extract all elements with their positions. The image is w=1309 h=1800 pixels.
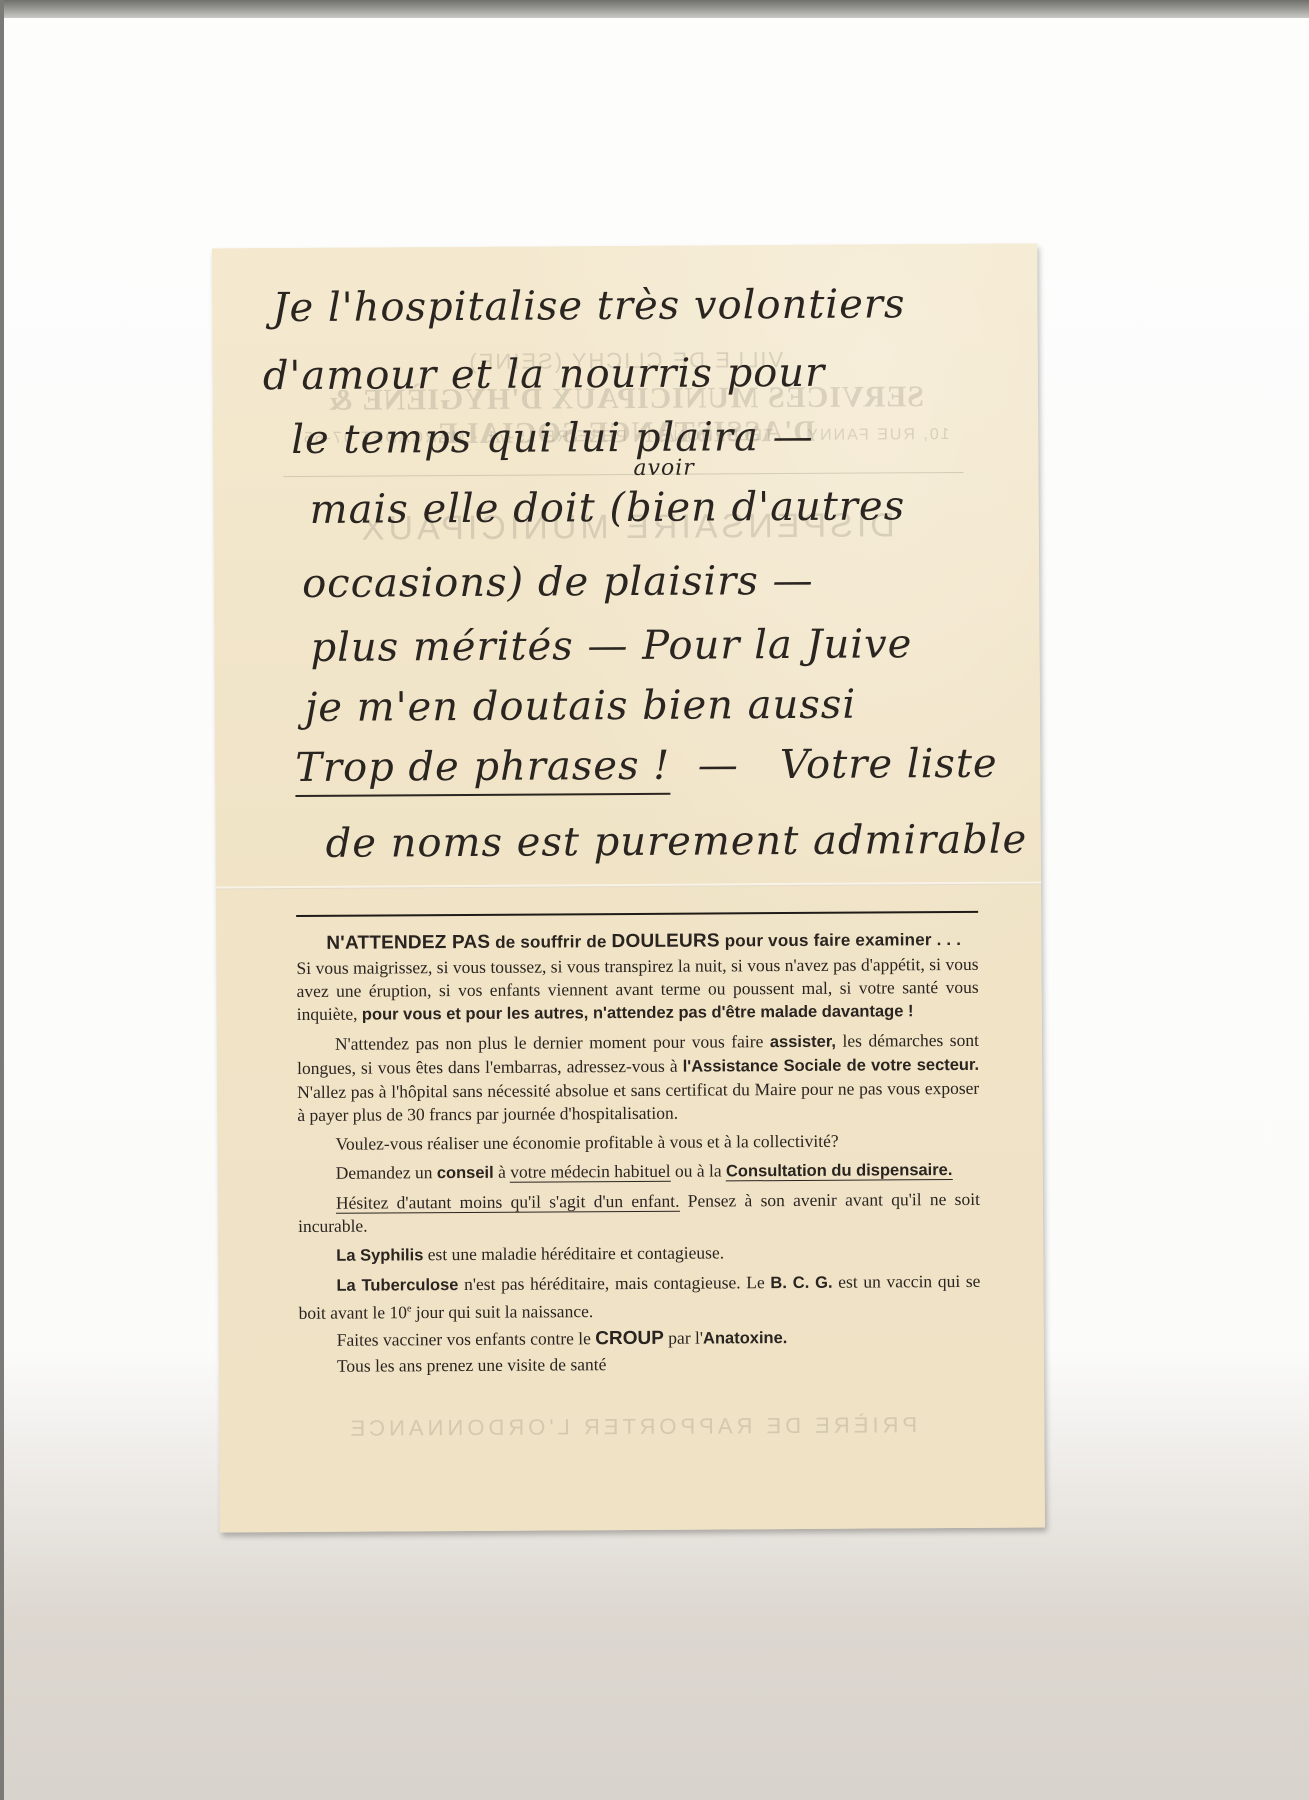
para-conseil-underlined: votre médecin habituel (510, 1161, 670, 1183)
notice-para-assistance: N'attendez pas non plus le dernier momen… (297, 1029, 980, 1127)
para-conseil-t1: Demandez un (336, 1162, 437, 1183)
handwriting-line-8-rest: — Votre liste (684, 741, 998, 789)
handwriting-line-6: plus mérités — Pour la Juive (310, 624, 912, 668)
para-syphilis-t1: est une maladie héréditaire et contagieu… (423, 1242, 724, 1264)
scanner-edge-top (0, 0, 1309, 18)
para-croup-b2: Anatoxine. (703, 1329, 787, 1348)
para-assist-b2: l'Assistance Sociale de votre secteur. (683, 1056, 980, 1076)
handwriting-underlined-phrase: Trop de phrases ! (295, 743, 670, 797)
handwriting-line-3: le temps qui lui plaira — (291, 417, 814, 460)
para-tb-bcg: B. C. G. (770, 1274, 832, 1292)
letterhead-rule (283, 472, 963, 477)
para-conseil-t2: à (494, 1162, 511, 1182)
notice-heading: N'ATTENDEZ PAS de souffrir de DOULEURS p… (296, 928, 978, 955)
heading-nattendez: N'ATTENDEZ PAS (326, 932, 490, 954)
para-tb-b1: La Tuberculose (336, 1276, 458, 1295)
para-conseil-b2: Consultation du dispensaire. (726, 1161, 953, 1181)
para-symptoms-bold: pour vous et pour les autres, n'attendez… (362, 1002, 914, 1023)
handwriting-line-8: Trop de phrases ! — Votre liste (295, 744, 998, 788)
para-croup-b1: CROUP (595, 1328, 664, 1349)
notice-para-tuberculose: La Tuberculose n'est pas héréditaire, ma… (298, 1270, 980, 1325)
notice-para-symptoms: Si vous maigrissez, si vous toussez, si … (296, 953, 978, 1027)
heading-douleurs: DOULEURS (611, 930, 719, 952)
para-croup-t1: Faites vacciner vos enfants contre le (337, 1328, 596, 1350)
heading-text: de souffrir de (490, 932, 611, 952)
para-croup-t2: par l' (664, 1327, 703, 1347)
notice-para-croup: Faites vacciner vos enfants contre le CR… (299, 1325, 981, 1353)
handwriting-line-2: d'amour et la nourris pour (263, 353, 826, 396)
handwriting-line-7: je m'en doutais bien aussi (305, 685, 857, 728)
health-notice: N'ATTENDEZ PAS de souffrir de DOULEURS p… (296, 928, 981, 1384)
notice-para-enfant: Hésitez d'autant moins qu'il s'agit d'un… (298, 1188, 980, 1238)
handwriting-line-4: mais elle doit (bien d'autres (310, 486, 906, 530)
scanner-edge-left (0, 0, 4, 1800)
para-assist-b1: assister, (770, 1033, 836, 1051)
handwriting-insertion: avoir (633, 458, 694, 480)
para-tb-t3: jour qui suit la naissance. (411, 1301, 593, 1322)
para-syphilis-b1: La Syphilis (336, 1246, 423, 1265)
letter-sheet: VILLE DE CLICHY (SEINE) SERVICES MUNICIP… (212, 243, 1045, 1532)
notice-para-economy: Voulez-vous réaliser une économie profit… (297, 1129, 979, 1156)
handwriting-line-5: occasions) de plaisirs — (302, 561, 814, 604)
para-enfant-underlined: Hésitez d'autant moins qu'il s'agit d'un… (336, 1191, 680, 1214)
notice-top-rule (296, 911, 978, 917)
notice-para-conseil: Demandez un conseil à votre médecin habi… (298, 1158, 980, 1186)
heading-text-end: pour vous faire examiner . . . (720, 930, 962, 950)
para-tb-t1: n'est pas héréditaire, mais contagieuse.… (458, 1272, 770, 1294)
para-conseil-t3: ou à la (670, 1160, 726, 1180)
para-conseil-b1: conseil (437, 1164, 494, 1182)
handwriting-line-1: Je l'hospitalise très volontiers (272, 284, 905, 328)
para-assist-t1: N'attendez pas non plus le dernier momen… (335, 1031, 770, 1054)
notice-para-syphilis: La Syphilis est une maladie héréditaire … (298, 1240, 980, 1268)
paper-fold-line (216, 881, 1041, 889)
handwriting-line-9: de noms est purement admirable (326, 820, 1028, 864)
notice-para-visite: Tous les ans prenez une visite de santé (299, 1351, 981, 1378)
letterhead-street: 10, RUE FANNY (806, 426, 950, 444)
para-assist-t3: N'allez pas à l'hôpital sans nécessité a… (297, 1078, 979, 1125)
letterhead-footer-bleed: PRIÈRE DE RAPPORTER L'ORDONNANCE (219, 1411, 1044, 1442)
